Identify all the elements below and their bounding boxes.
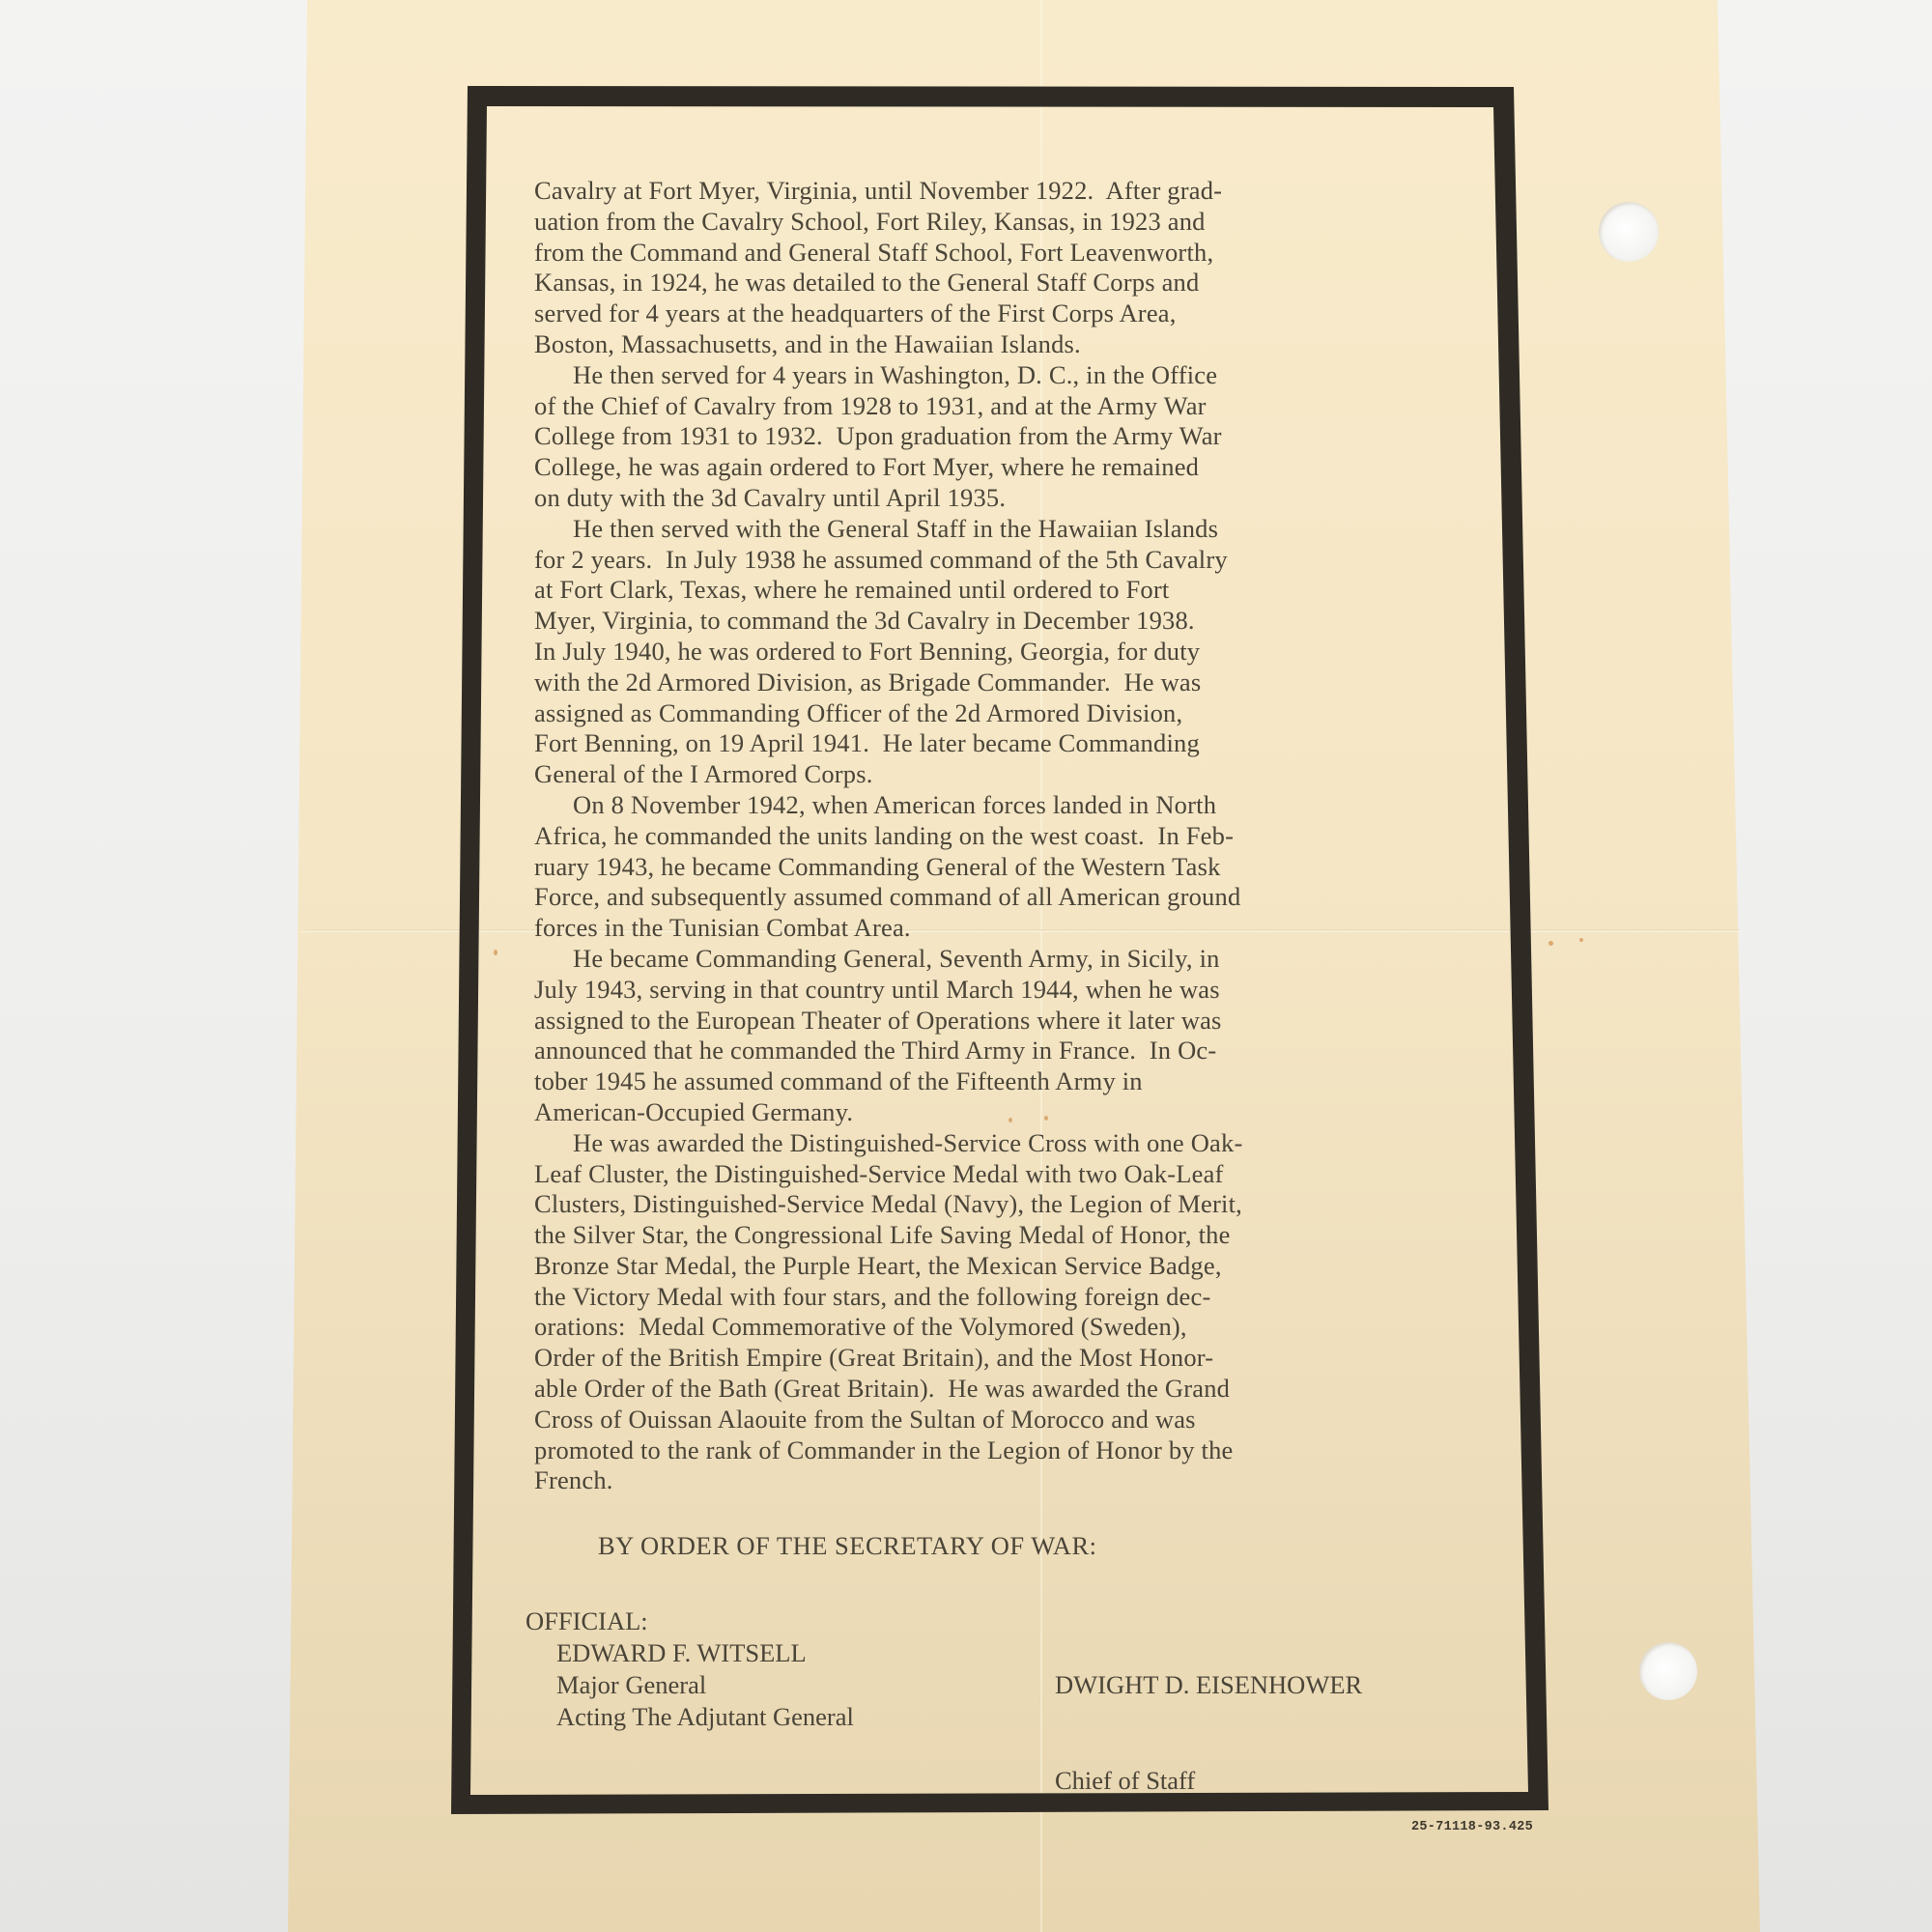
paragraph: Cavalry at Fort Myer, Virginia, until No… [534, 176, 1462, 360]
foxing-spot [1579, 938, 1583, 942]
text-line: ruary 1943, he became Commanding General… [534, 852, 1462, 883]
punch-hole-top [1599, 202, 1659, 262]
paragraph: He was awarded the Distinguished-Service… [534, 1128, 1462, 1497]
text-line: Fort Benning, on 19 April 1941. He later… [534, 728, 1462, 759]
text-line: Force, and subsequently assumed command … [534, 882, 1462, 913]
text-line: assigned as Commanding Officer of the 2d… [534, 698, 1462, 729]
signatory-name: DWIGHT D. EISENHOWER [1055, 1669, 1362, 1701]
text-line: College, he was again ordered to Fort My… [534, 452, 1462, 483]
text-line: of the Chief of Cavalry from 1928 to 193… [534, 391, 1462, 422]
text-line: In July 1940, he was ordered to Fort Ben… [534, 637, 1462, 668]
text-line: for 2 years. In July 1938 he assumed com… [534, 545, 1462, 576]
text-line: Boston, Massachusetts, and in the Hawaii… [534, 329, 1462, 360]
text-line: Bronze Star Medal, the Purple Heart, the… [534, 1251, 1462, 1282]
text-line: Cavalry at Fort Myer, Virginia, until No… [534, 176, 1462, 207]
text-line: General of the I Armored Corps. [534, 759, 1462, 790]
text-line: from the Command and General Staff Schoo… [534, 238, 1462, 269]
text-line: Clusters, Distinguished-Service Medal (N… [534, 1189, 1462, 1220]
text-line: assigned to the European Theater of Oper… [534, 1006, 1462, 1037]
paragraph: He then served for 4 years in Washington… [534, 360, 1462, 514]
text-line: Order of the British Empire (Great Brita… [534, 1343, 1462, 1374]
text-line: Cross of Ouissan Alaouite from the Sulta… [534, 1405, 1462, 1435]
paragraph: On 8 November 1942, when American forces… [534, 790, 1462, 944]
text-line: On 8 November 1942, when American forces… [534, 790, 1462, 821]
official-rank: Major General [526, 1669, 854, 1701]
foxing-spot [1548, 941, 1553, 946]
text-line: forces in the Tunisian Combat Area. [534, 913, 1462, 944]
text-line: Kansas, in 1924, he was detailed to the … [534, 268, 1462, 298]
text-line: at Fort Clark, Texas, where he remained … [534, 575, 1462, 606]
text-line: served for 4 years at the headquarters o… [534, 298, 1462, 329]
official-name: EDWARD F. WITSELL [526, 1637, 854, 1669]
text-line: promoted to the rank of Commander in the… [534, 1435, 1462, 1466]
text-line: tober 1945 he assumed command of the Fif… [534, 1066, 1462, 1097]
paragraph: He then served with the General Staff in… [534, 514, 1462, 790]
text-line: College from 1931 to 1932. Upon graduati… [534, 421, 1462, 452]
chief-of-staff-signature-block: DWIGHT D. EISENHOWER Chief of Staff [1055, 1605, 1362, 1829]
official-label: OFFICIAL: [526, 1605, 854, 1637]
text-line: with the 2d Armored Division, as Brigade… [534, 668, 1462, 698]
text-line: American-Occupied Germany. [534, 1097, 1462, 1128]
form-number: 25-71118-93.425 [1411, 1820, 1533, 1834]
text-line: July 1943, serving in that country until… [534, 975, 1462, 1006]
text-line: on duty with the 3d Cavalry until April … [534, 483, 1462, 514]
text-line: Africa, he commanded the units landing o… [534, 821, 1462, 852]
signatory-title: Chief of Staff [1055, 1765, 1362, 1797]
text-line: French. [534, 1465, 1462, 1496]
text-line: He then served for 4 years in Washington… [534, 360, 1462, 391]
by-order-heading: BY ORDER OF THE SECRETARY OF WAR: [598, 1531, 1096, 1561]
punch-hole-bottom [1639, 1642, 1697, 1700]
text-line: Leaf Cluster, the Distinguished-Service … [534, 1159, 1462, 1190]
body-text: Cavalry at Fort Myer, Virginia, until No… [534, 176, 1462, 1496]
official-title: Acting The Adjutant General [526, 1701, 854, 1733]
foxing-spot [494, 950, 497, 955]
text-line: the Victory Medal with four stars, and t… [534, 1282, 1462, 1313]
text-line: He then served with the General Staff in… [534, 514, 1462, 545]
text-line: orations: Medal Commemorative of the Vol… [534, 1312, 1462, 1343]
text-line: able Order of the Bath (Great Britain). … [534, 1374, 1462, 1405]
paragraph: He became Commanding General, Seventh Ar… [534, 944, 1462, 1128]
text-line: He became Commanding General, Seventh Ar… [534, 944, 1462, 975]
text-line: He was awarded the Distinguished-Service… [534, 1128, 1462, 1159]
text-line: announced that he commanded the Third Ar… [534, 1036, 1462, 1066]
text-line: the Silver Star, the Congressional Life … [534, 1220, 1462, 1251]
text-line: uation from the Cavalry School, Fort Ril… [534, 207, 1462, 238]
text-line: Myer, Virginia, to command the 3d Cavalr… [534, 606, 1462, 637]
official-signature-block: OFFICIAL: EDWARD F. WITSELL Major Genera… [526, 1605, 854, 1733]
